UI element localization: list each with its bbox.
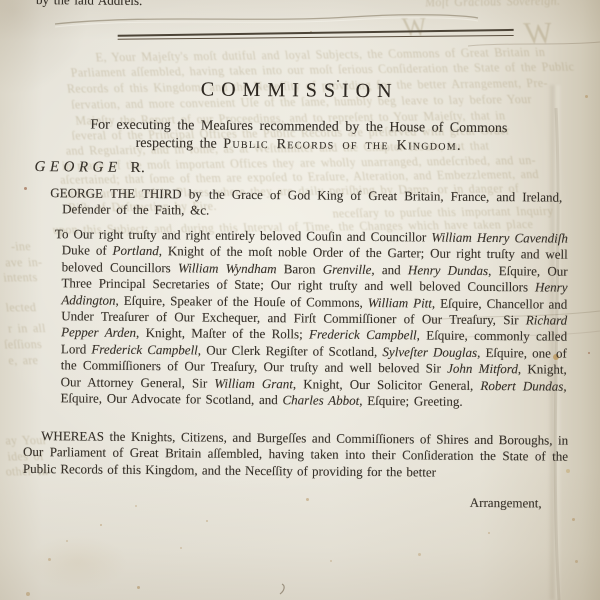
text-segment: Sylveſter Douglas — [382, 344, 477, 360]
double-rule — [118, 31, 514, 44]
text-segment: Frederick Campbell — [91, 341, 198, 357]
text-segment: Public Records of the Kingdom. — [223, 136, 462, 153]
text-segment: Charles Abbot — [282, 392, 359, 408]
proclamation-paragraph: GEORGE THE THIRD by the Grace of God Kin… — [50, 185, 562, 222]
text-segment: William Henry Cavendiſh — [431, 230, 568, 246]
text-segment: , Eſquire, Speaker of the Houſe of Commo… — [115, 292, 367, 309]
text-segment: Duke of — [62, 243, 113, 258]
text-segment: John Mitford — [447, 361, 518, 377]
subtitle: For executing the Meaſures recommended b… — [27, 116, 571, 156]
text-segment: R. — [130, 160, 145, 176]
text-segment: , Knight, Maſter of the Rolls; — [136, 325, 309, 342]
text-segment: Robert Dundas — [480, 378, 563, 394]
address-paragraph: To Our right truſty and right entirely b… — [53, 226, 568, 411]
text-segment: Henry Dundas — [408, 262, 488, 278]
text-segment: , Knight, Our Solicitor General, — [293, 376, 481, 393]
text-segment: William Grant — [214, 375, 293, 391]
text-segment: , and — [371, 262, 408, 277]
text-segment: Portland — [113, 243, 159, 258]
text-segment: To Our right truſty and right entirely b… — [55, 226, 432, 244]
text-segment: GEORGE — [34, 159, 121, 176]
text-segment: , Our Clerk Regiſter of Scotland, — [198, 342, 383, 359]
book-page-scan: Moſt Gracious Sovereign.WWE, Your Majeſt… — [0, 0, 600, 600]
previous-page-line-fragment: by the ſaid Addreſs. — [36, 0, 142, 9]
text-segment: William Pitt — [368, 295, 432, 311]
paper-shade-bottom — [0, 470, 600, 600]
text-segment: respecting the — [136, 136, 224, 152]
commission-title: COMMISSION — [0, 80, 593, 102]
text-segment: , Eſquire; Greeting. — [359, 393, 462, 409]
text-segment: Frederick Campbell — [309, 327, 417, 343]
text-segment: William Wyndham — [178, 260, 277, 276]
text-segment: Baron — [276, 261, 322, 276]
text-segment: Grenville — [323, 261, 372, 276]
royal-signature: GEORGER. — [34, 159, 145, 176]
